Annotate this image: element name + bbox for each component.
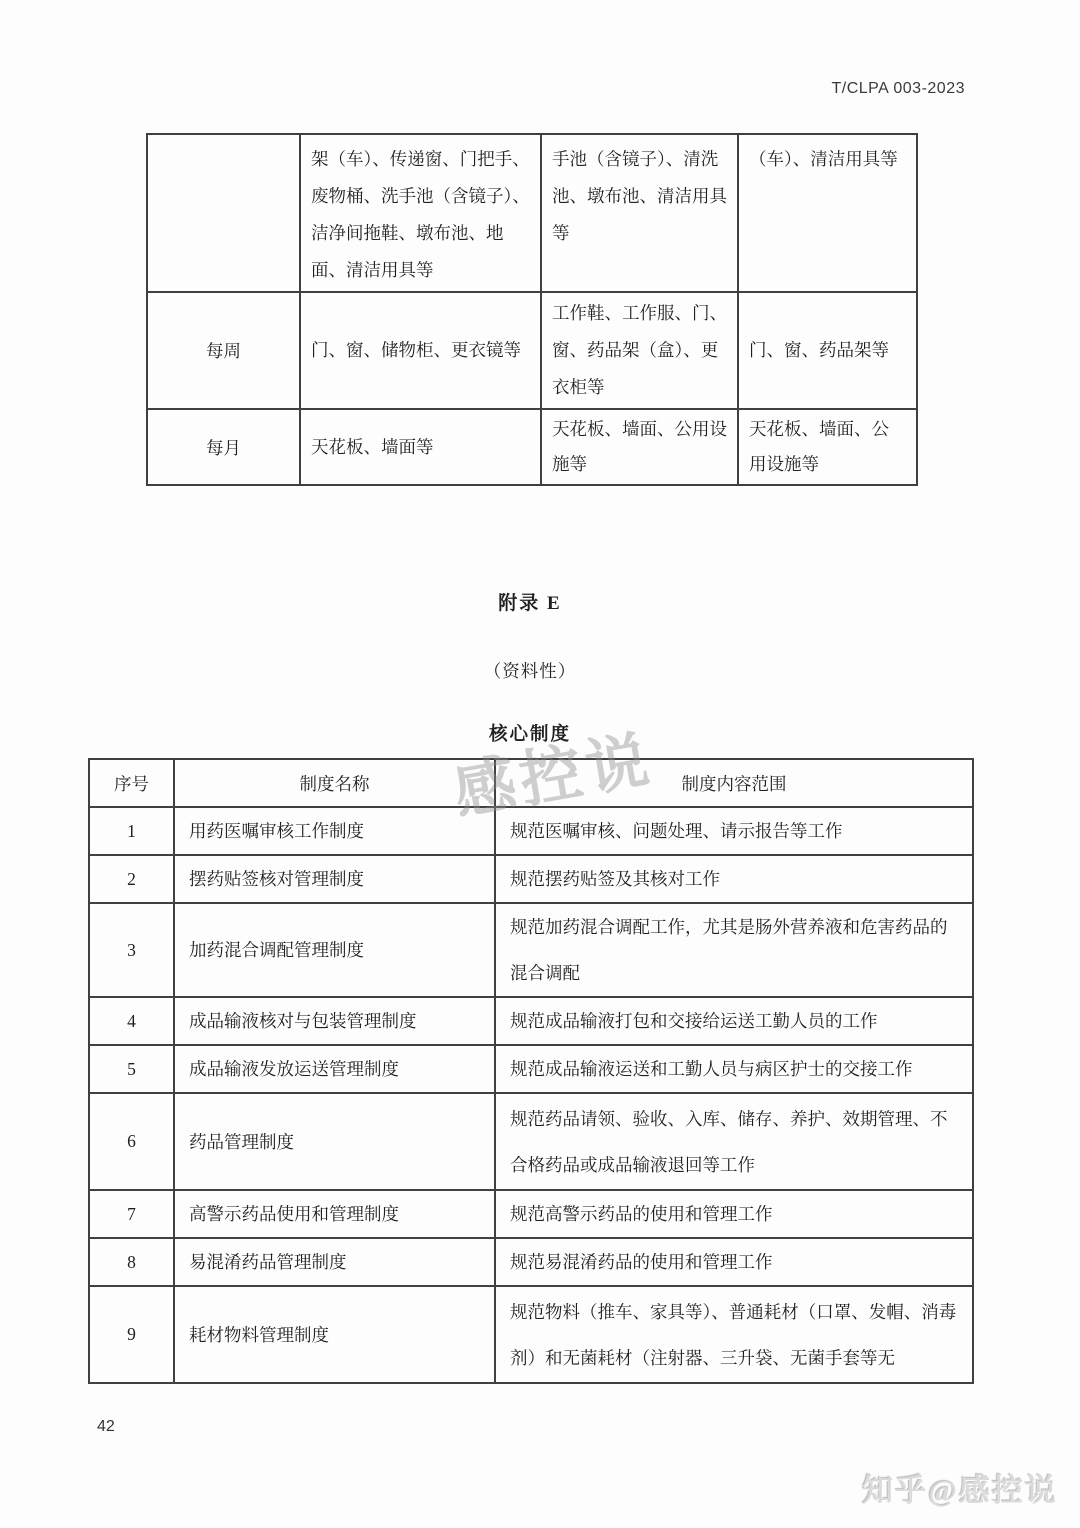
cell-period: 每月 [147,409,300,485]
cell-no: 6 [89,1093,174,1190]
core-system-table: 序号 制度名称 制度内容范围 1 用药医嘱审核工作制度 规范医嘱审核、问题处理、… [88,758,974,1384]
cell-items: 门、窗、药品架等 [738,292,917,409]
cleaning-frequency-table: 架（车）、传递窗、门把手、废物桶、洗手池（含镜子）、洁净间拖鞋、墩布池、地面、清… [146,133,918,486]
document-page: T/CLPA 003-2023 架（车）、传递窗、门把手、废物桶、洗手池（含镜子… [0,0,1080,1528]
table-row: 每月 天花板、墙面等 天花板、墙面、公用设施等 天花板、墙面、公用设施等 [147,409,917,485]
cell-no: 7 [89,1190,174,1238]
cell-scope: 规范易混淆药品的使用和管理工作 [495,1238,973,1286]
appendix-subtitle: （资料性） [0,658,1060,683]
cell-no: 2 [89,855,174,903]
cell-name: 摆药贴签核对管理制度 [174,855,495,903]
cell-no: 1 [89,807,174,855]
cell-scope: 规范药品请领、验收、入库、储存、养护、效期管理、不合格药品或成品输液退回等工作 [495,1093,973,1190]
cell-items: 架（车）、传递窗、门把手、废物桶、洗手池（含镜子）、洁净间拖鞋、墩布池、地面、清… [300,134,541,292]
table-title: 核心制度 [0,720,1060,746]
cell-no: 5 [89,1045,174,1093]
cell-items: 工作鞋、工作服、门、窗、药品架（盒）、更衣柜等 [541,292,738,409]
cell-no: 4 [89,997,174,1045]
cell-name: 用药医嘱审核工作制度 [174,807,495,855]
header-scope: 制度内容范围 [495,759,973,807]
table-row: 2 摆药贴签核对管理制度 规范摆药贴签及其核对工作 [89,855,973,903]
watermark-bottom: 知乎@感控说 [862,1465,1058,1510]
cell-name: 成品输液发放运送管理制度 [174,1045,495,1093]
header-no: 序号 [89,759,174,807]
table-row: 3 加药混合调配管理制度 规范加药混合调配工作，尤其是肠外营养液和危害药品的混合… [89,903,973,997]
cell-scope: 规范物料（推车、家具等）、普通耗材（口罩、发帽、消毒剂）和无菌耗材（注射器、三升… [495,1286,973,1383]
table-row: 4 成品输液核对与包装管理制度 规范成品输液打包和交接给运送工勤人员的工作 [89,997,973,1045]
cell-name: 耗材物料管理制度 [174,1286,495,1383]
table-row: 6 药品管理制度 规范药品请领、验收、入库、储存、养护、效期管理、不合格药品或成… [89,1093,973,1190]
cell-items: 天花板、墙面、公用设施等 [541,409,738,485]
cell-no: 3 [89,903,174,997]
cell-scope: 规范医嘱审核、问题处理、请示报告等工作 [495,807,973,855]
table-row: 9 耗材物料管理制度 规范物料（推车、家具等）、普通耗材（口罩、发帽、消毒剂）和… [89,1286,973,1383]
doc-code: T/CLPA 003-2023 [831,80,965,98]
table-row: 7 高警示药品使用和管理制度 规范高警示药品的使用和管理工作 [89,1190,973,1238]
cell-no: 8 [89,1238,174,1286]
page-number: 42 [97,1418,115,1436]
cell-items: 门、窗、储物柜、更衣镜等 [300,292,541,409]
cell-items: （车）、清洁用具等 [738,134,917,292]
table-row: 每周 门、窗、储物柜、更衣镜等 工作鞋、工作服、门、窗、药品架（盒）、更衣柜等 … [147,292,917,409]
cell-scope: 规范高警示药品的使用和管理工作 [495,1190,973,1238]
cell-scope: 规范摆药贴签及其核对工作 [495,855,973,903]
table-row: 5 成品输液发放运送管理制度 规范成品输液运送和工勤人员与病区护士的交接工作 [89,1045,973,1093]
cell-items: 天花板、墙面、公用设施等 [738,409,917,485]
cell-scope: 规范成品输液打包和交接给运送工勤人员的工作 [495,997,973,1045]
cell-period: 每周 [147,292,300,409]
table-row: 8 易混淆药品管理制度 规范易混淆药品的使用和管理工作 [89,1238,973,1286]
cell-name: 高警示药品使用和管理制度 [174,1190,495,1238]
cell-name: 加药混合调配管理制度 [174,903,495,997]
cell-no: 9 [89,1286,174,1383]
cell-items: 手池（含镜子）、清洗池、墩布池、清洁用具等 [541,134,738,292]
appendix-title: 附录 E [0,588,1060,615]
header-name: 制度名称 [174,759,495,807]
table-row: 1 用药医嘱审核工作制度 规范医嘱审核、问题处理、请示报告等工作 [89,807,973,855]
cell-name: 易混淆药品管理制度 [174,1238,495,1286]
cell-items: 天花板、墙面等 [300,409,541,485]
cell-scope: 规范成品输液运送和工勤人员与病区护士的交接工作 [495,1045,973,1093]
cell-name: 成品输液核对与包装管理制度 [174,997,495,1045]
cell-period [147,134,300,292]
table-header-row: 序号 制度名称 制度内容范围 [89,759,973,807]
cell-name: 药品管理制度 [174,1093,495,1190]
table-row: 架（车）、传递窗、门把手、废物桶、洗手池（含镜子）、洁净间拖鞋、墩布池、地面、清… [147,134,917,292]
cell-scope: 规范加药混合调配工作，尤其是肠外营养液和危害药品的混合调配 [495,903,973,997]
